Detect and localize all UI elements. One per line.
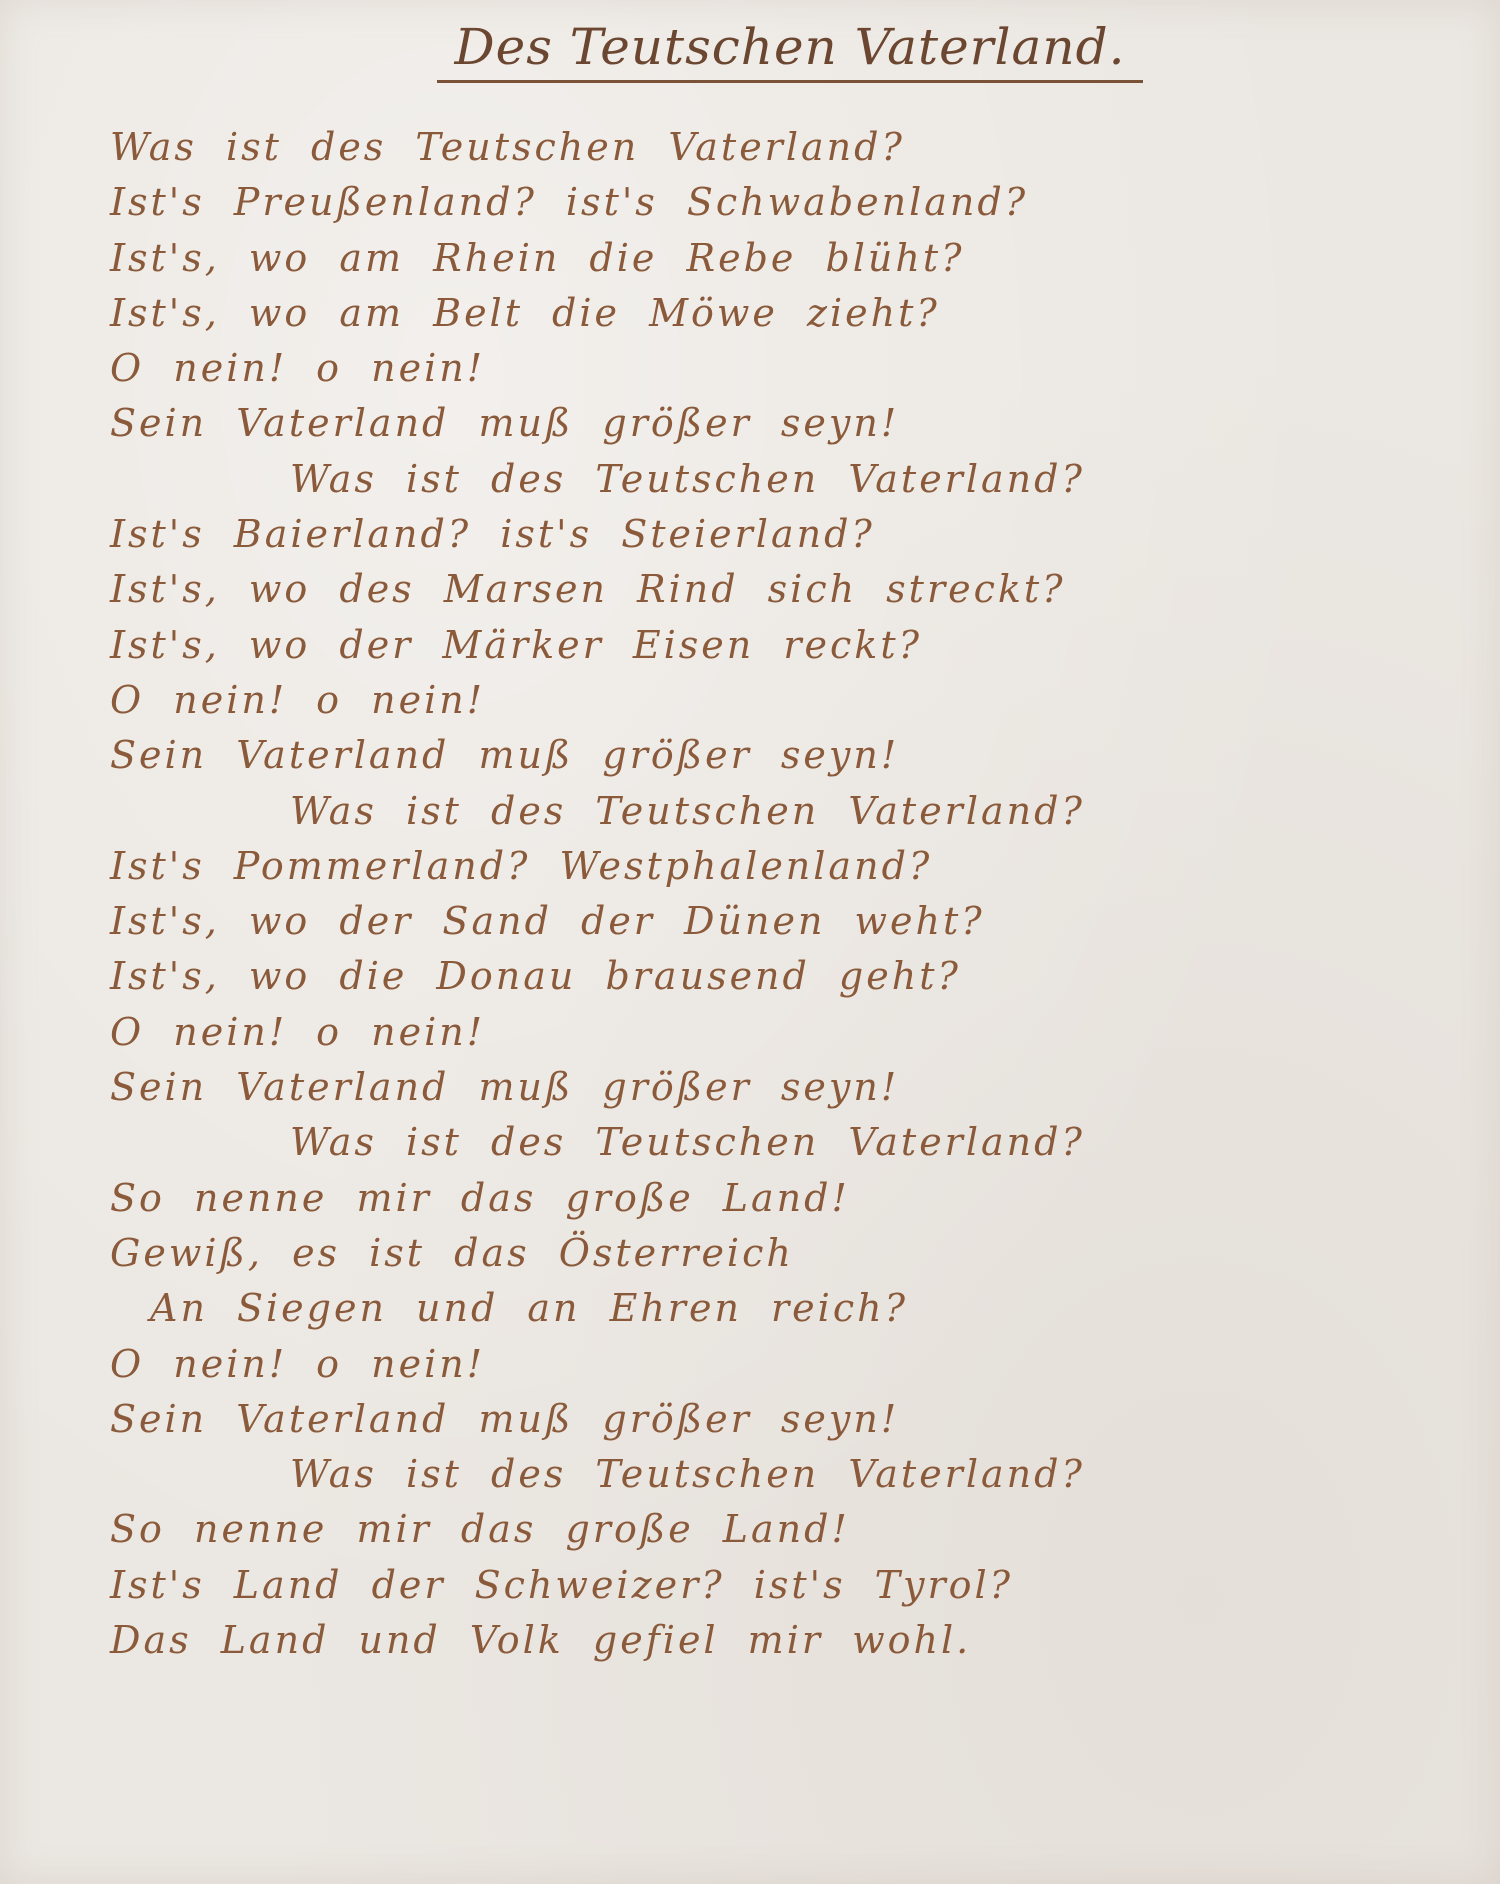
poem-line: Ist's, wo am Belt die Möwe zieht? <box>110 286 1460 341</box>
poem-line: An Siegen und an Ehren reich? <box>110 1281 1460 1336</box>
poem-line: Sein Vaterland muß größer seyn! <box>110 396 1460 451</box>
poem-line: Was ist des Teutschen Vaterland? <box>110 1115 1460 1170</box>
poem-line: Ist's, wo der Sand der Dünen weht? <box>110 894 1460 949</box>
poem-line: So nenne mir das große Land! <box>110 1502 1460 1557</box>
poem-line: Sein Vaterland muß größer seyn! <box>110 1392 1460 1447</box>
poem-line: Ist's, wo der Märker Eisen reckt? <box>110 618 1460 673</box>
poem-line: Ist's, wo am Rhein die Rebe blüht? <box>110 231 1460 286</box>
poem-line: Ist's Baierland? ist's Steierland? <box>110 507 1460 562</box>
poem-body: Was ist des Teutschen Vaterland? Ist's P… <box>110 120 1460 1668</box>
manuscript-page: Des Teutschen Vaterland. Was ist des Teu… <box>0 0 1500 1884</box>
poem-line: O nein! o nein! <box>110 1005 1460 1060</box>
poem-line: Ist's Pommerland? Westphalenland? <box>110 839 1460 894</box>
poem-line: Ist's, wo die Donau brausend geht? <box>110 949 1460 1004</box>
poem-line: O nein! o nein! <box>110 673 1460 728</box>
poem-line: Gewiß, es ist das Österreich <box>110 1226 1460 1281</box>
poem-line: O nein! o nein! <box>110 1337 1460 1392</box>
poem-line: Was ist des Teutschen Vaterland? <box>110 1447 1460 1502</box>
poem-line: Ist's Land der Schweizer? ist's Tyrol? <box>110 1558 1460 1613</box>
poem-line: Ist's, wo des Marsen Rind sich streckt? <box>110 562 1460 617</box>
poem-line: Was ist des Teutschen Vaterland? <box>110 784 1460 839</box>
poem-line: Ist's Preußenland? ist's Schwabenland? <box>110 175 1460 230</box>
poem-line: Sein Vaterland muß größer seyn! <box>110 1060 1460 1115</box>
poem-line: O nein! o nein! <box>110 341 1460 396</box>
poem-title: Des Teutschen Vaterland. <box>0 18 1500 83</box>
poem-line: Sein Vaterland muß größer seyn! <box>110 728 1460 783</box>
poem-title-text: Des Teutschen Vaterland. <box>437 18 1144 83</box>
poem-line: Das Land und Volk gefiel mir wohl. <box>110 1613 1460 1668</box>
poem-line: Was ist des Teutschen Vaterland? <box>110 120 1460 175</box>
poem-line: Was ist des Teutschen Vaterland? <box>110 452 1460 507</box>
poem-line: So nenne mir das große Land! <box>110 1171 1460 1226</box>
